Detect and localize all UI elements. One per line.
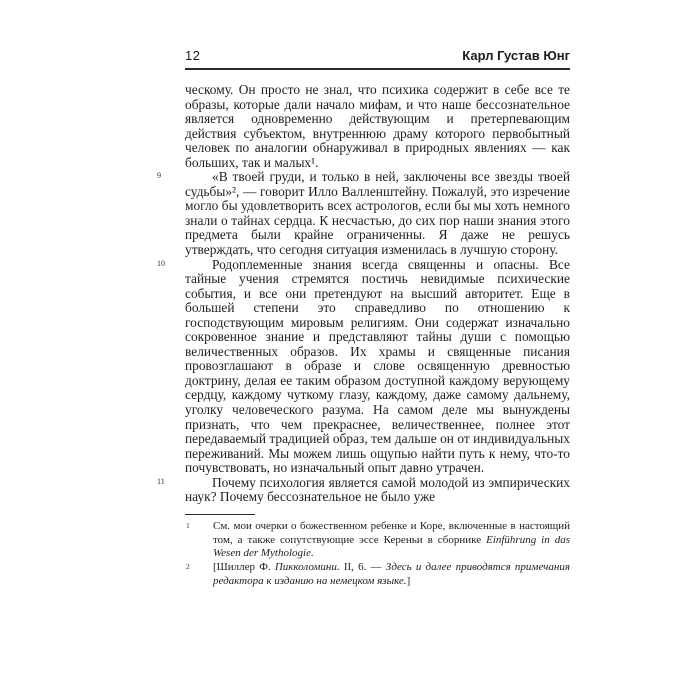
paragraph-text: ческому. Он просто не знал, что психика …	[185, 82, 570, 170]
footnote-text: ]	[407, 575, 411, 587]
book-page: 12 Карл Густав Юнг ческому. Он просто не…	[0, 0, 700, 700]
body-text: ческому. Он просто не знал, что психика …	[185, 83, 570, 505]
page-number: 12	[185, 48, 200, 63]
footnote-1: 1 См. мои очерки о божественном ребенке …	[185, 520, 570, 561]
footnote-text: II, 6. —	[340, 561, 386, 573]
paragraph-margin-number: 10	[157, 259, 181, 269]
paragraph-text: Родоплеменные знания всегда священны и о…	[185, 257, 570, 476]
footnote-2: 2 [Шиллер Ф. Пикколомини. II, 6. — Здесь…	[185, 561, 570, 589]
footnote-marker: 1	[186, 521, 190, 530]
footnote-marker: 2	[186, 562, 190, 571]
footnote-text-italic: Пикколомини.	[275, 561, 340, 573]
paragraph-margin-number: 11	[157, 477, 181, 487]
running-header: 12 Карл Густав Юнг	[185, 48, 570, 70]
paragraph-11: 11 Почему психология является самой моло…	[185, 476, 570, 505]
page-content-column: 12 Карл Густав Юнг ческому. Он просто не…	[185, 48, 570, 589]
paragraph-10: 10 Родоплеменные знания всегда священны …	[185, 258, 570, 476]
footnote-divider	[185, 514, 255, 515]
running-title: Карл Густав Юнг	[462, 48, 570, 63]
footnotes-section: 1 См. мои очерки о божественном ребенке …	[185, 514, 570, 589]
paragraph-continuation: ческому. Он просто не знал, что психика …	[185, 83, 570, 170]
paragraph-text: Почему психология является самой молодой…	[185, 475, 570, 505]
paragraph-margin-number: 9	[157, 171, 181, 181]
paragraph-text: «В твоей груди, и только в ней, заключен…	[185, 169, 570, 257]
paragraph-9: 9 «В твоей груди, и только в ней, заключ…	[185, 170, 570, 257]
footnote-text: [Шиллер Ф.	[213, 561, 275, 573]
